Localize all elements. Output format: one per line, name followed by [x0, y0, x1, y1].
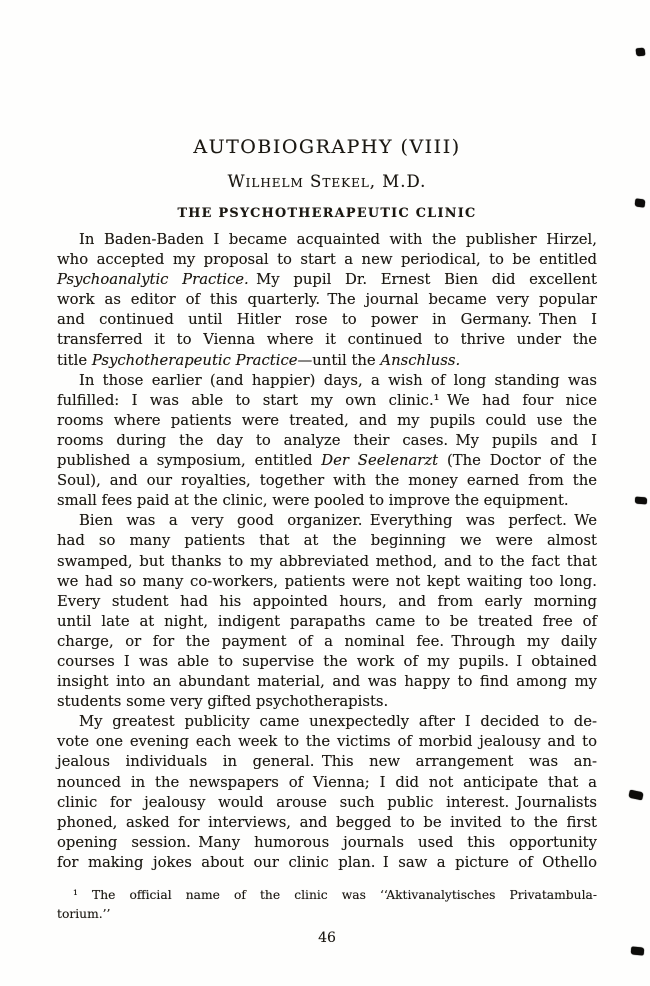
ink-mark — [635, 198, 646, 207]
ink-mark — [636, 48, 646, 57]
text-segment: Bien was a very good organizer. Everythi… — [79, 512, 597, 529]
italic-text: Psychotherapeutic Practice — [92, 352, 298, 369]
text-segment: courses I was able to supervise the work… — [57, 653, 597, 670]
page-title: AUTOBIOGRAPHY (VIII) — [57, 136, 597, 158]
text-segment: Soul), and our royalties, together with … — [57, 472, 597, 489]
text-segment: and continued until Hitler rose to power… — [57, 311, 597, 328]
text-line: opening session. Many humorous journals … — [57, 833, 597, 853]
text-line: vote one evening each week to the victim… — [57, 732, 597, 752]
text-line: phoned, asked for interviews, and begged… — [57, 813, 597, 833]
author-byline: Wilhelm Stekel, M.D. — [57, 172, 597, 191]
section-heading: THE PSYCHOTHERAPEUTIC CLINIC — [57, 207, 597, 221]
text-segment: rooms during the day to analyze their ca… — [57, 432, 597, 449]
text-segment: —until the — [297, 352, 380, 369]
text-line: courses I was able to supervise the work… — [57, 652, 597, 672]
text-segment: Every student had his appointed hours, a… — [57, 593, 597, 610]
text-segment: ¹ The official name of the clinic was ‘‘… — [73, 888, 597, 902]
text-segment: work as editor of this quarterly. The jo… — [57, 291, 597, 308]
text-line: jealous individuals in general. This new… — [57, 752, 597, 772]
text-line: and continued until Hitler rose to power… — [57, 310, 597, 330]
text-segment: who accepted my proposal to start a new … — [57, 251, 597, 268]
text-segment: (The Doctor of the — [438, 452, 597, 469]
paragraph: In Baden-Baden I became acquainted with … — [57, 230, 597, 371]
text-line: had so many patients that at the beginni… — [57, 531, 597, 551]
text-segment: My greatest publicity came unexpectedly … — [79, 713, 597, 730]
text-line: published a symposium, entitled Der Seel… — [57, 451, 597, 471]
text-line: until late at night, indigent parapaths … — [57, 612, 597, 632]
text-segment: swamped, but thanks to my abbreviated me… — [57, 553, 597, 570]
paragraph: My greatest publicity came unexpectedly … — [57, 712, 597, 873]
text-line: Every student had his appointed hours, a… — [57, 592, 597, 612]
text-segment: we had so many co-workers, patients were… — [57, 573, 597, 590]
italic-text: Psychoanalytic Practice. — [57, 271, 249, 288]
text-segment: until late at night, indigent parapaths … — [57, 613, 597, 630]
text-line: torium.’’ — [57, 905, 597, 924]
paragraph: In those earlier (and happier) days, a w… — [57, 371, 597, 512]
page-number: 46 — [57, 931, 597, 946]
text-segment: published a symposium, entitled — [57, 452, 321, 469]
text-line: insight into an abundant material, and w… — [57, 672, 597, 692]
italic-text: Der Seelenarzt — [321, 452, 438, 469]
text-line: title Psychotherapeutic Practice—until t… — [57, 351, 597, 371]
text-segment: jealous individuals in general. This new… — [57, 753, 597, 770]
text-segment: nounced in the newspapers of Vienna; I d… — [57, 774, 597, 791]
italic-text: Anschluss. — [380, 352, 460, 369]
text-line: In Baden-Baden I became acquainted with … — [57, 230, 597, 250]
text-segment: vote one evening each week to the victim… — [57, 733, 597, 750]
text-line: nounced in the newspapers of Vienna; I d… — [57, 773, 597, 793]
text-line: fulfilled: I was able to start my own cl… — [57, 391, 597, 411]
text-segment: insight into an abundant material, and w… — [57, 673, 597, 690]
text-segment: students some very gifted psychotherapis… — [57, 693, 388, 710]
page-content: AUTOBIOGRAPHY (VIII) Wilhelm Stekel, M.D… — [0, 0, 650, 946]
ink-mark — [631, 946, 645, 955]
text-line: students some very gifted psychotherapis… — [57, 692, 597, 712]
text-line: we had so many co-workers, patients were… — [57, 572, 597, 592]
text-line: ¹ The official name of the clinic was ‘‘… — [57, 886, 597, 905]
text-line: Soul), and our royalties, together with … — [57, 471, 597, 491]
text-line: small fees paid at the clinic, were pool… — [57, 491, 597, 511]
text-line: Psychoanalytic Practice. My pupil Dr. Er… — [57, 270, 597, 290]
text-segment: fulfilled: I was able to start my own cl… — [57, 392, 597, 409]
text-line: charge, or for the payment of a nominal … — [57, 632, 597, 652]
text-segment: In Baden-Baden I became acquainted with … — [79, 231, 597, 248]
text-segment: torium.’’ — [57, 907, 110, 921]
text-segment: charge, or for the payment of a nominal … — [57, 633, 597, 650]
text-segment: had so many patients that at the beginni… — [57, 532, 597, 549]
text-segment: rooms where patients were treated, and m… — [57, 412, 597, 429]
text-segment: clinic for jealousy would arouse such pu… — [57, 794, 597, 811]
book-page: AUTOBIOGRAPHY (VIII) Wilhelm Stekel, M.D… — [0, 0, 650, 986]
text-line: swamped, but thanks to my abbreviated me… — [57, 552, 597, 572]
text-line: Bien was a very good organizer. Everythi… — [57, 511, 597, 531]
text-segment: phoned, asked for interviews, and begged… — [57, 814, 597, 831]
text-line: clinic for jealousy would arouse such pu… — [57, 793, 597, 813]
text-line: My greatest publicity came unexpectedly … — [57, 712, 597, 732]
paragraph: Bien was a very good organizer. Everythi… — [57, 511, 597, 712]
text-segment: transferred it to Vienna where it contin… — [57, 331, 597, 348]
text-line: for making jokes about our clinic plan. … — [57, 853, 597, 873]
footnote: ¹ The official name of the clinic was ‘‘… — [57, 886, 597, 923]
text-segment: In those earlier (and happier) days, a w… — [79, 372, 597, 389]
text-segment: My pupil Dr. Ernest Bien did excellent — [249, 271, 597, 288]
body-text: In Baden-Baden I became acquainted with … — [57, 230, 597, 873]
text-line: who accepted my proposal to start a new … — [57, 250, 597, 270]
text-line: work as editor of this quarterly. The jo… — [57, 290, 597, 310]
text-line: rooms where patients were treated, and m… — [57, 411, 597, 431]
text-segment: for making jokes about our clinic plan. … — [57, 854, 597, 871]
text-line: In those earlier (and happier) days, a w… — [57, 371, 597, 391]
text-segment: small fees paid at the clinic, were pool… — [57, 492, 569, 509]
ink-mark — [635, 497, 647, 505]
text-segment: opening session. Many humorous journals … — [57, 834, 597, 851]
text-segment: title — [57, 352, 92, 369]
text-line: rooms during the day to analyze their ca… — [57, 431, 597, 451]
text-line: transferred it to Vienna where it contin… — [57, 330, 597, 350]
